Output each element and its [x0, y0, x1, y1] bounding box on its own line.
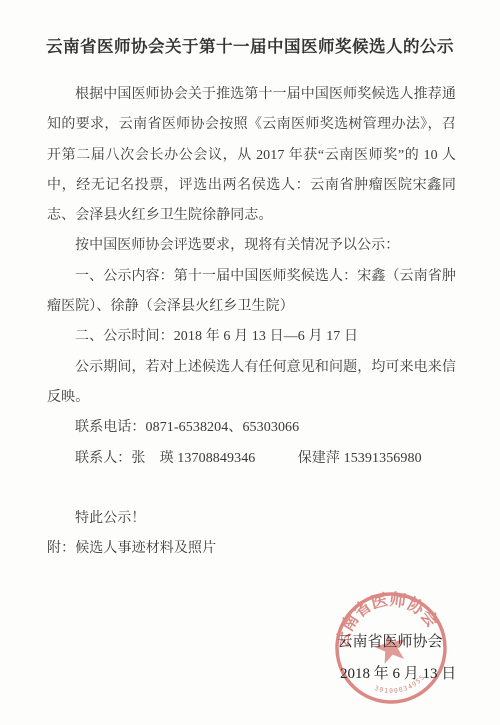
seal-arc-text: 云南省医师协会 [329, 586, 445, 654]
seal-ring [329, 586, 453, 710]
seal-star-icon [372, 630, 410, 666]
document-page: 云南省医师协会关于第十一届中国医师奖候选人的公示 根据中国医师协会关于推选第十一… [0, 0, 500, 725]
paragraph-phone: 联系电话：0871-6538204、65303066 [47, 413, 456, 443]
paragraph-feedback: 公示期间，若对上述候选人有任何意见和问题，均可来电来信反映。 [47, 353, 456, 414]
paragraph-attachment: 附：候选人事迹材料及照片 [47, 534, 456, 564]
page-title: 云南省医师协会关于第十一届中国医师奖候选人的公示 [0, 0, 500, 57]
paragraph-contacts: 联系人：张 瑛 13708849346 保建萍 15391356980 [47, 444, 456, 474]
paragraph-time-item: 二、公示时间：2018 年 6 月 13 日—6 月 17 日 [47, 322, 456, 352]
paragraph-basis: 根据中国医师协会关于推选第十一届中国医师奖候选人推荐通知的要求，云南省医师协会按… [47, 80, 456, 231]
paragraph-closing: 特此公示！ [47, 504, 456, 534]
seal-code: 5301000349552 [363, 635, 429, 700]
official-seal: 云南省医师协会 5301000349552 [329, 586, 453, 710]
document-body: 根据中国医师协会关于推选第十一届中国医师奖候选人推荐通知的要求，云南省医师协会按… [47, 80, 456, 564]
signature-org-name: 云南省医师协会 [332, 630, 448, 651]
paragraph-content-item: 一、公示内容：第十一届中国医师奖候选人：宋鑫（云南省肿瘤医院）、徐静（会泽县火红… [47, 262, 456, 323]
paragraph-announce-intro: 按中国医师协会评选要求，现将有关情况予以公示： [47, 231, 456, 261]
signature-date: 2018 年 6 月 13 日 [340, 662, 456, 683]
